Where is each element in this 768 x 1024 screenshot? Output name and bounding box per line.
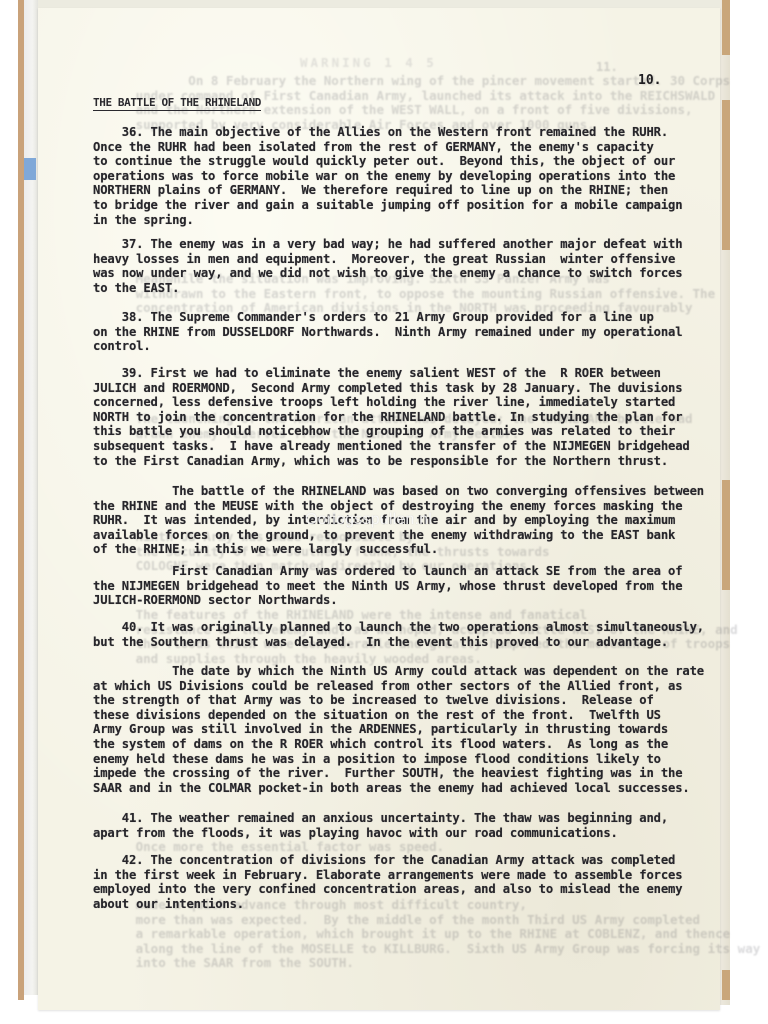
paragraph-text: 36. The main objective of the Allies on … (93, 125, 693, 227)
paragraph-42: 42. The concentration of divisions for t… (93, 853, 693, 911)
watermark: Oorlogsspullen.nl (305, 511, 432, 529)
aged-edge-stain (722, 970, 730, 1000)
paragraph-text: 41. The weather remained an anxious unce… (93, 811, 693, 840)
paragraph-text: 42. The concentration of divisions for t… (93, 853, 693, 911)
paragraph-37: 37. The enemy was in a very bad way; he … (93, 237, 693, 295)
paragraph-40-ninth-army: The date by which the Ninth US Army coul… (93, 664, 693, 795)
bleed-through-heading: WARNING 1 4 5 (300, 56, 437, 71)
blue-tab-marker (24, 158, 36, 180)
section-title: THE BATTLE OF THE RHINELAND (93, 96, 261, 111)
paragraph-text: 39. First we had to eliminate the enemy … (93, 366, 693, 468)
paragraph-text: First Canadian Army was ordered to launc… (93, 564, 693, 608)
photo-stage: WARNING 1 4 5 11. On 8 February the Nort… (0, 0, 768, 1024)
paragraph-38: 38. The Supreme Commander's orders to 21… (93, 310, 693, 354)
paragraph-text: 37. The enemy was in a very bad way; he … (93, 237, 693, 295)
paragraph-text: The date by which the Ninth US Army coul… (93, 664, 693, 795)
paragraph-text: 38. The Supreme Commander's orders to 21… (93, 310, 693, 354)
paragraph-39-canadian-attack: First Canadian Army was ordered to launc… (93, 564, 693, 608)
aged-edge-stain (722, 480, 730, 590)
aged-edge-stain (722, 0, 730, 55)
paragraph-39: 39. First we had to eliminate the enemy … (93, 366, 693, 468)
paragraph-40: 40. It was originally planned to launch … (93, 620, 693, 649)
underlying-sheet-edge (24, 0, 39, 995)
paragraph-text: 40. It was originally planned to launch … (93, 620, 693, 649)
paragraph-41: 41. The weather remained an anxious unce… (93, 811, 693, 840)
paragraph-36: 36. The main objective of the Allies on … (93, 125, 693, 227)
page-number: 10. (638, 73, 661, 88)
